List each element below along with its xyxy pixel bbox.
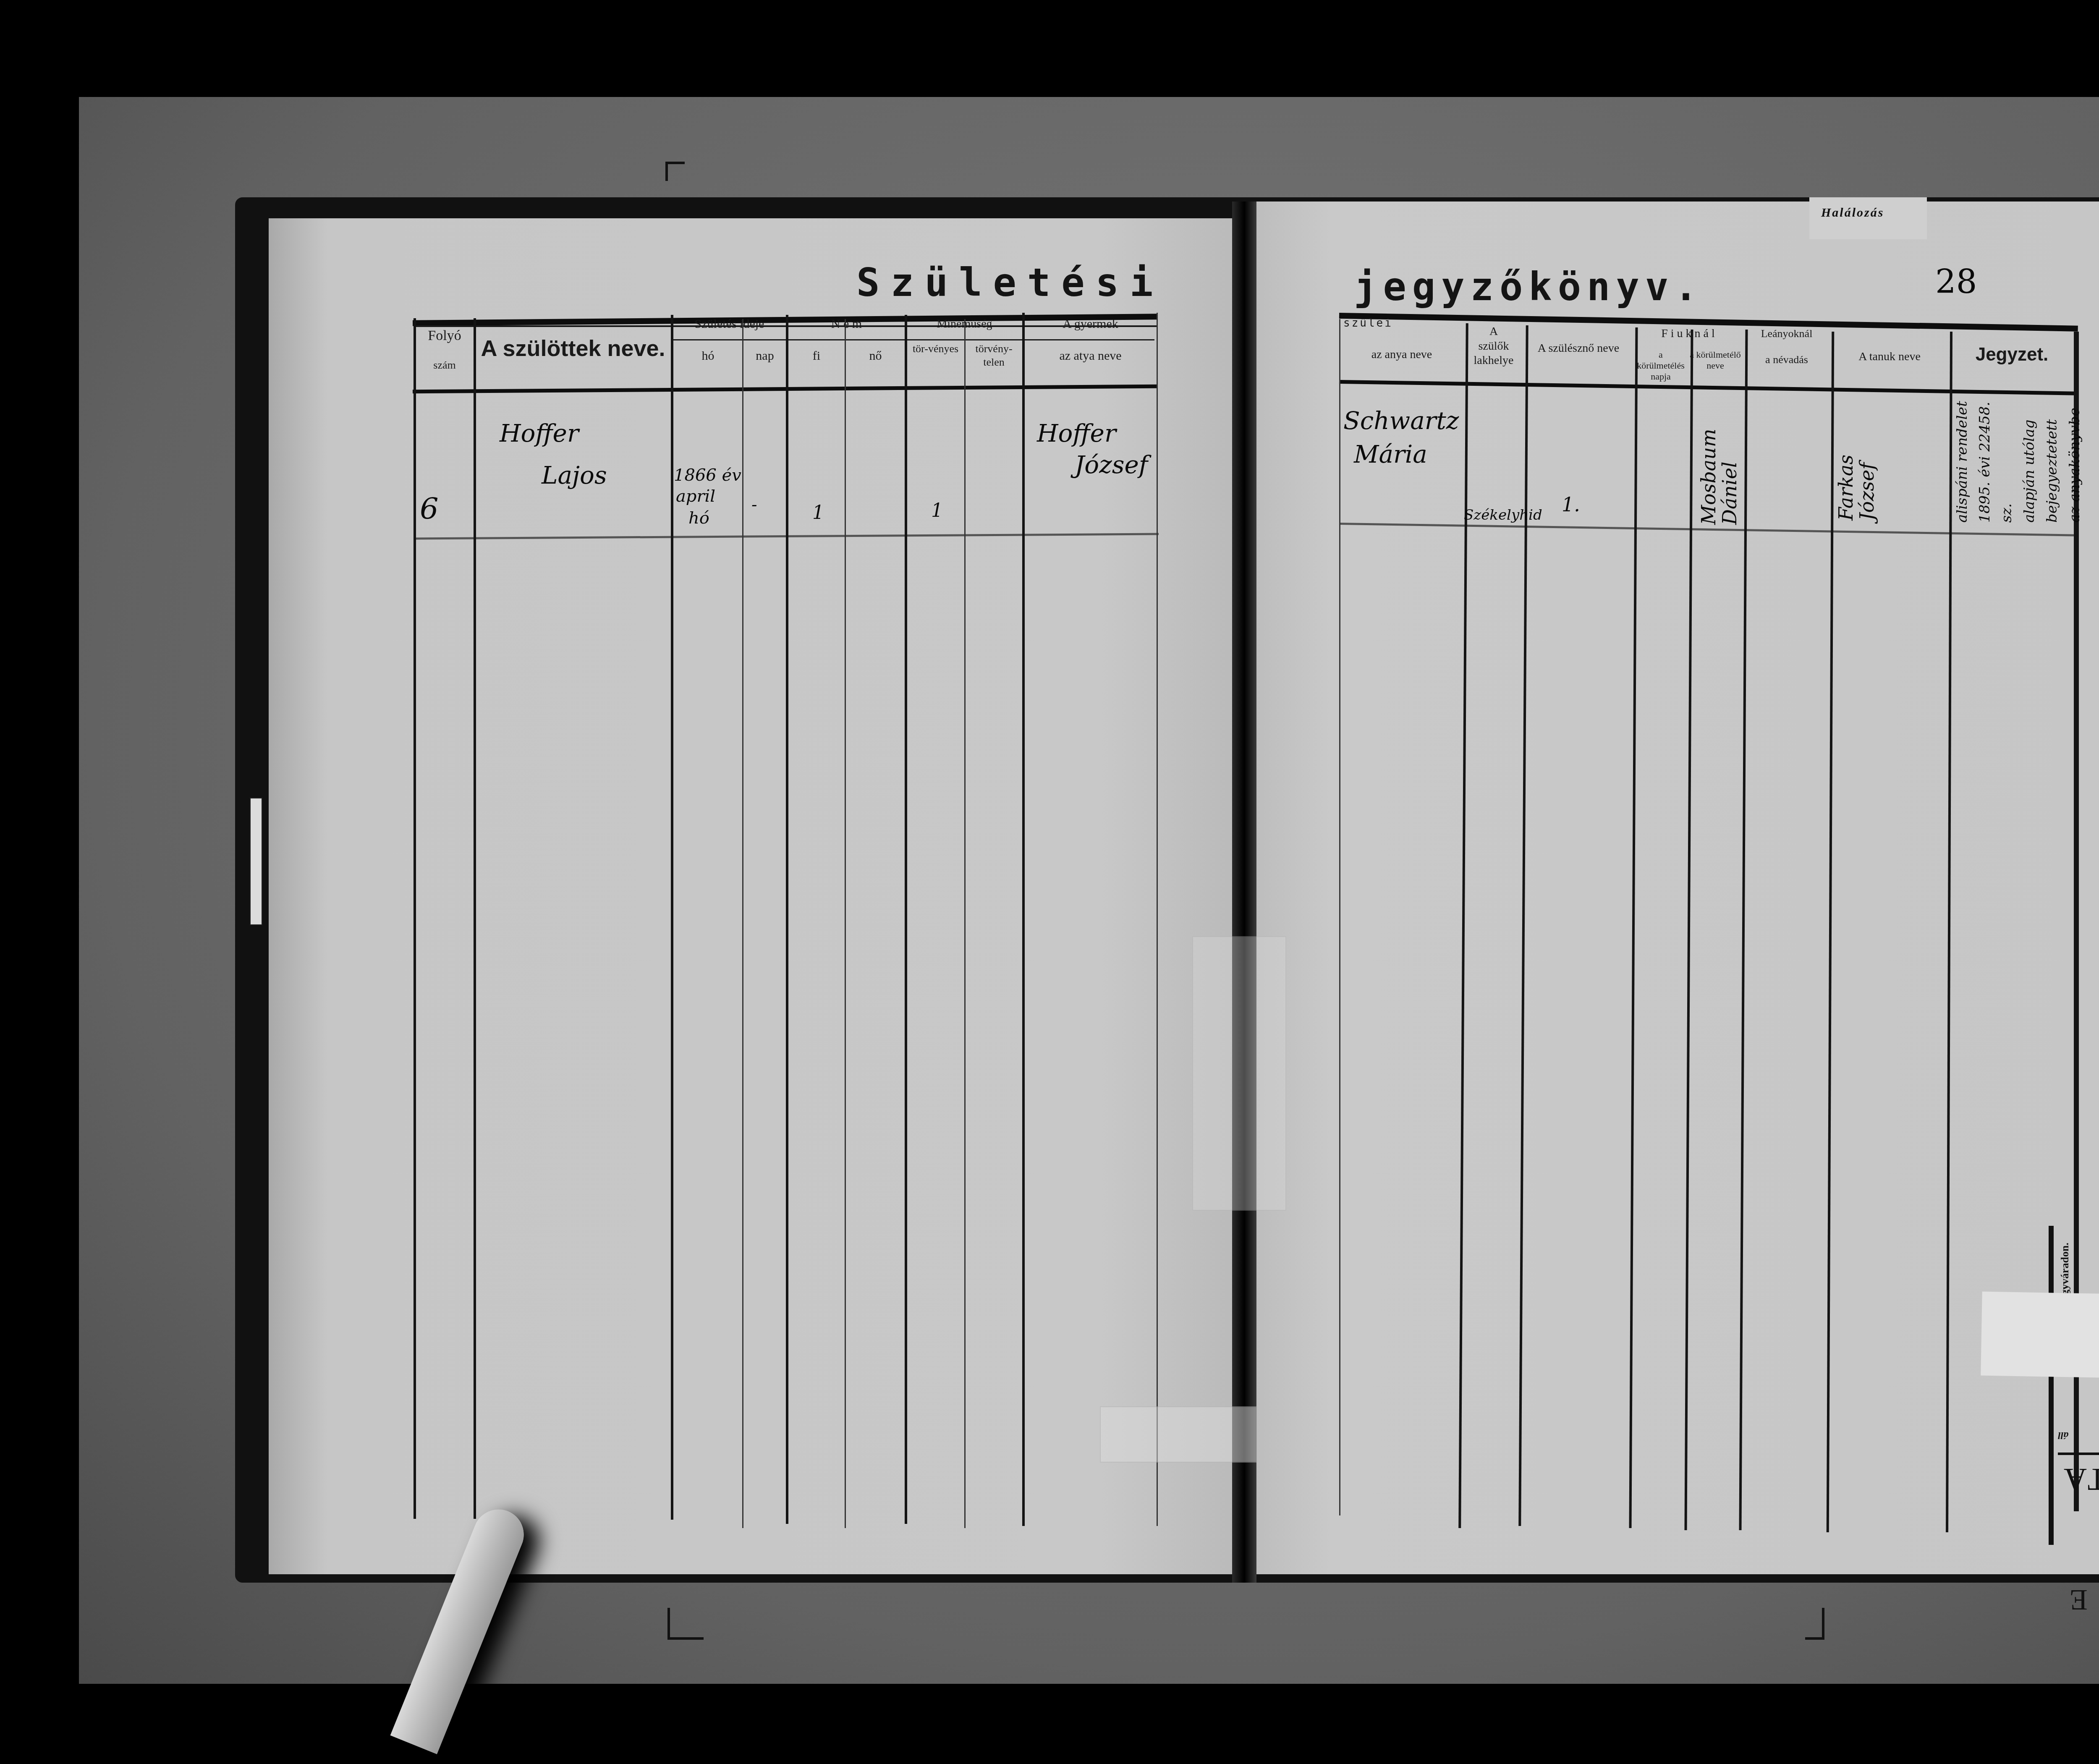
all-mirrored: áll bbox=[2058, 1429, 2068, 1441]
entry-korulmetelo: Mosbaum Dániel bbox=[1698, 399, 1740, 525]
halalozas-slip: Halálozás bbox=[1809, 197, 1927, 239]
paper-patch bbox=[1981, 1292, 2099, 1379]
header-szulottek-neve: A szülöttek neve. bbox=[476, 336, 670, 361]
book-gutter bbox=[1232, 202, 1256, 1583]
entry-torvenyes: 1 bbox=[931, 497, 943, 524]
header-mid-rule bbox=[672, 339, 1154, 340]
column-line bbox=[474, 318, 476, 1519]
header-a: A bbox=[1465, 323, 1522, 340]
column-line bbox=[671, 315, 673, 1520]
header-leanyoknal: Leányoknál bbox=[1744, 325, 1829, 342]
column-line bbox=[742, 319, 743, 1528]
otta-mirrored: OTTA bbox=[2060, 1461, 2099, 1497]
header-szulesznő-neve: A szülésznő neve bbox=[1525, 340, 1632, 357]
header-nevadas: a névadás bbox=[1744, 353, 1829, 367]
entry-tanuk: Farkas József bbox=[1835, 403, 1877, 521]
entry-birth-ho: hó bbox=[688, 509, 709, 527]
column-line bbox=[786, 315, 788, 1524]
entry-name-given: Lajos bbox=[542, 462, 607, 489]
jegyzet-line: az anyakönyvbe bbox=[2064, 397, 2086, 523]
header-no: nő bbox=[846, 348, 905, 364]
column-line bbox=[414, 318, 416, 1519]
entry-birth-month: april bbox=[676, 487, 715, 505]
halalozas-label: Halálozás bbox=[1821, 206, 1884, 220]
pasted-slip bbox=[1192, 936, 1286, 1211]
pasted-slip bbox=[1100, 1406, 1257, 1463]
e-mirrored: E bbox=[2070, 1583, 2088, 1616]
jegyzet-line: alapján utólag bbox=[2018, 397, 2040, 523]
header-a-gyermek: A gyermek bbox=[1024, 316, 1157, 332]
title-right: jegyzőkönyv. bbox=[1354, 264, 1704, 309]
side-clip bbox=[250, 798, 262, 925]
jegyzet-line: bejegyeztetett bbox=[2041, 397, 2063, 523]
entry-fi: 1 bbox=[812, 500, 824, 526]
form-rule bbox=[2058, 1453, 2099, 1455]
header-nap: nap bbox=[744, 348, 786, 364]
entry-mother-surname: Schwartz bbox=[1343, 407, 1459, 434]
header-szuletes-ideje: Születés ideje bbox=[674, 316, 785, 332]
header-folyo: Folyó bbox=[416, 327, 474, 344]
header-fi: fi bbox=[788, 348, 845, 364]
header-korulmeteles-napja: a körülmetélés napja bbox=[1634, 349, 1688, 382]
header-ho: hó bbox=[674, 348, 742, 364]
header-torvenyes: tör-vényes bbox=[907, 342, 964, 356]
entry-jegyzet: alispáni rendelet 1895. évi 22458. sz. a… bbox=[1951, 397, 2060, 523]
page-number: 28 bbox=[1935, 269, 1977, 296]
column-line bbox=[1022, 313, 1025, 1526]
title-left: Születési bbox=[856, 260, 1164, 305]
header-minemuseg: Minemüség bbox=[907, 316, 1022, 332]
entry-birth-year: 1866 év bbox=[674, 466, 741, 484]
header-korulmetelo-neve: a körülmetélő neve bbox=[1688, 349, 1742, 371]
entry-name-surname: Hoffer bbox=[500, 420, 579, 447]
header-nem: N e m bbox=[788, 316, 905, 332]
entry-father-surname: Hoffer bbox=[1037, 420, 1116, 447]
entry-mother-given: Mária bbox=[1354, 441, 1427, 468]
header-szulei: szülei bbox=[1343, 315, 1394, 332]
column-line bbox=[845, 319, 846, 1528]
jegyzet-line: alispáni rendelet bbox=[1951, 397, 1973, 523]
jegyzet-line: 1895. évi 22458. sz. bbox=[1974, 397, 2018, 523]
header-jegyzet: Jegyzet. bbox=[1950, 342, 2074, 367]
header-tanuk-neve: A tanuk neve bbox=[1831, 348, 1948, 365]
registration-mark bbox=[667, 1608, 704, 1640]
entry-szulesznő: 1. bbox=[1562, 491, 1580, 518]
column-line bbox=[964, 319, 966, 1528]
entry-father-given: József bbox=[1075, 451, 1148, 478]
entry-folyo-szam: 6 bbox=[420, 495, 439, 522]
e-mirrored-glyph: E bbox=[2070, 1583, 2088, 1616]
entry-lakhely: Székelyhid bbox=[1464, 502, 1542, 529]
registration-mark bbox=[1805, 1608, 1824, 1640]
column-line bbox=[1157, 313, 1158, 1526]
header-atya-neve: az atya neve bbox=[1024, 348, 1157, 364]
column-line bbox=[1339, 319, 1340, 1515]
back-page-form: Nagyváradon. férfi nő Neme áll OTTA bbox=[2049, 1226, 2099, 1545]
header-szam: szám bbox=[416, 357, 474, 374]
registration-mark bbox=[665, 162, 685, 181]
entry-nap: - bbox=[751, 491, 757, 518]
header-fiuknal: F i u k n á l bbox=[1634, 325, 1742, 342]
header-anya-neve: az anya neve bbox=[1341, 346, 1462, 363]
header-szulok-lakhelye: szülők lakhelye bbox=[1465, 339, 1522, 368]
header-torvenytelen: törvény-telen bbox=[966, 342, 1022, 369]
column-line bbox=[905, 315, 907, 1524]
